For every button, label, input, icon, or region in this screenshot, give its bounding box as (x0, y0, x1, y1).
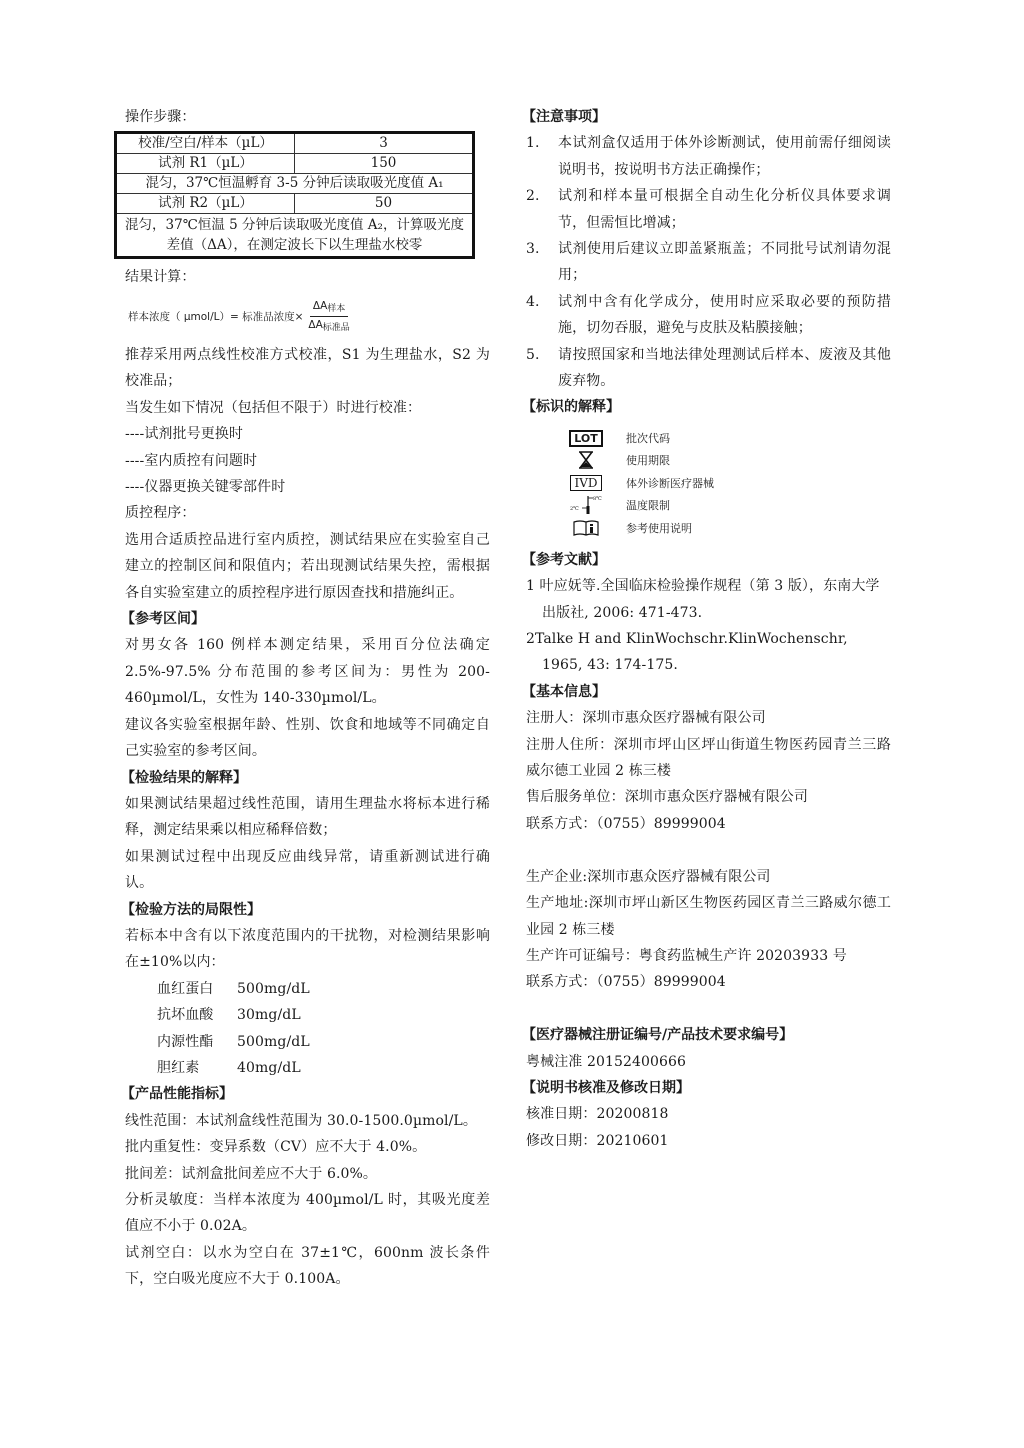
note-number: 1. (526, 130, 558, 183)
note-item: 1. 本试剂盒仅适用于体外诊断测试，使用前需仔细阅读说明书，按说明书方法正确操作… (526, 130, 891, 183)
lot-icon: LOT (566, 429, 606, 447)
table-cell-label: 校准/空白/样本（µL） (116, 133, 295, 154)
calibration-item: ----仪器更换关键零部件时 (125, 474, 490, 500)
svg-text:2℃: 2℃ (570, 506, 579, 512)
table-cell-label: 试剂 R1（µL） (116, 154, 295, 174)
formula-denominator: ΔA标准品 (305, 317, 352, 333)
right-column: 【注意事项】 1. 本试剂盒仅适用于体外诊断测试，使用前需仔细阅读说明书，按说明… (526, 104, 891, 1154)
revision-date: 修改日期：20210601 (526, 1128, 891, 1154)
symbol-label: 体外诊断医疗器械 (626, 475, 714, 491)
temperature-limit-icon: 8℃ 2℃ (566, 496, 606, 514)
note-number: 5. (526, 342, 558, 395)
registration-number: 粤械注准 20152400666 (526, 1049, 891, 1075)
interferent-row: 抗坏血酸 30mg/dL (125, 1002, 490, 1028)
calibration-item: ----室内质控有问题时 (125, 448, 490, 474)
interpretation-text: 如果测试结果超过线性范围，请用生理盐水将标本进行稀释，测定结果乘以相应稀释倍数； (125, 791, 490, 844)
calibration-item: ----试剂批号更换时 (125, 421, 490, 447)
note-item: 3. 试剂使用后建议立即盖紧瓶盖；不同批号试剂请勿混用； (526, 236, 891, 289)
symbol-row: 使用期限 (566, 449, 891, 471)
spacer (526, 837, 891, 863)
calc-title: 结果计算： (125, 264, 490, 290)
note-item: 4. 试剂中含有化学成分，使用时应采取必要的预防措施，切勿吞服，避免与皮肤及粘膜… (526, 289, 891, 342)
interferent-value: 30mg/dL (237, 1002, 301, 1028)
performance-item: 分析灵敏度：当样本浓度为 400µmol/L 时，其吸光度差值应不小于 0.02… (125, 1187, 490, 1240)
symbol-row: IVD 体外诊断医疗器械 (566, 472, 891, 494)
operation-steps-table: 校准/空白/样本（µL） 3 试剂 R1（µL） 150 混匀，37℃恒温孵育 … (114, 131, 475, 259)
calibration-conditions: 当发生如下情况（包括但不限于）时进行校准： (125, 395, 490, 421)
symbol-row: 8℃ 2℃ 温度限制 (566, 494, 891, 516)
table-cell-value: 50 (295, 194, 474, 214)
table-cell-label: 试剂 R2（µL） (116, 194, 295, 214)
note-text: 本试剂盒仅适用于体外诊断测试，使用前需仔细阅读说明书，按说明书方法正确操作； (558, 130, 891, 183)
limitations-text: 若标本中含有以下浓度范围内的干扰物，对检测结果影响在±10%以内： (125, 923, 490, 976)
interferent-value: 40mg/dL (237, 1055, 301, 1081)
qc-text: 选用合适质控品进行室内质控，测试结果应在实验室自己建立的控制区间和限值内；若出现… (125, 527, 490, 606)
references-heading: 【参考文献】 (522, 547, 891, 573)
performance-item: 批内重复性：变异系数（CV）应不大于 4.0%。 (125, 1134, 490, 1160)
symbol-label: 使用期限 (626, 452, 670, 468)
interferent-row: 内源性酯 500mg/dL (125, 1029, 490, 1055)
formula-lhs: 样本浓度（ µmol/L）= 标准品浓度× (128, 309, 303, 324)
symbol-label: 批次代码 (626, 430, 670, 446)
registration-heading: 【医疗器械注册证编号/产品技术要求编号】 (522, 1022, 891, 1048)
registrant: 注册人：深圳市惠众医疗器械有限公司 (526, 705, 891, 731)
symbol-label: 参考使用说明 (626, 520, 692, 536)
interpretation-heading: 【检验结果的解释】 (121, 765, 490, 791)
note-text: 请按照国家和当地法律处理测试后样本、废液及其他废弃物。 (558, 342, 891, 395)
left-column-text: 推荐采用两点线性校准方式校准，S1 为生理盐水，S2 为校准品； 当发生如下情况… (125, 342, 490, 1293)
symbol-row: LOT 批次代码 (566, 427, 891, 449)
note-text: 试剂使用后建议立即盖紧瓶盖；不同批号试剂请勿混用； (558, 236, 891, 289)
table-row: 混匀，37℃恒温 5 分钟后读取吸光度值 A₂，计算吸光度差值（ΔA），在测定波… (116, 214, 474, 258)
interferent-value: 500mg/dL (237, 1029, 310, 1055)
note-number: 2. (526, 183, 558, 236)
manufacturer: 生产企业:深圳市惠众医疗器械有限公司 (526, 864, 891, 890)
operation-title: 操作步骤： (125, 104, 490, 130)
left-column: 操作步骤： (125, 104, 490, 130)
table-cell-instruction: 混匀，37℃恒温 5 分钟后读取吸光度值 A₂，计算吸光度差值（ΔA），在测定波… (116, 214, 474, 258)
manufacturer-address: 生产地址:深圳市坪山新区生物医药园区青兰三路威尔德工业园 2 栋三楼 (526, 890, 891, 943)
table-cell-value: 150 (295, 154, 474, 174)
ivd-icon: IVD (566, 474, 606, 492)
performance-heading: 【产品性能指标】 (121, 1081, 490, 1107)
symbols-legend: LOT 批次代码 使用期限 IVD 体外诊断医疗器械 8℃ 2℃ (526, 427, 891, 539)
interferent-row: 胆红素 40mg/dL (125, 1055, 490, 1081)
production-license: 生产许可证编号：粤食药监械生产许 20203933 号 (526, 943, 891, 969)
notes-heading: 【注意事项】 (522, 104, 891, 130)
note-number: 4. (526, 289, 558, 342)
svg-text:8℃: 8℃ (593, 496, 602, 502)
dates-heading: 【说明书核准及修改日期】 (522, 1075, 891, 1101)
reference-item: 1 叶应妩等.全国临床检验操作规程（第 3 版），东南大学出版社, 2006: … (526, 573, 891, 626)
table-cell-value: 3 (295, 133, 474, 154)
registrant-address: 注册人住所：深圳市坪山区坪山街道生物医药园青兰三路威尔德工业园 2 栋三楼 (526, 732, 891, 785)
ref-range-advice: 建议各实验室根据年龄、性别、饮食和地域等不同确定自己实验室的参考区间。 (125, 712, 490, 765)
table-row: 试剂 R1（µL） 150 (116, 154, 474, 174)
note-item: 2. 试剂和样本量可根据全自动生化分析仪具体要求调节，但需恒比增减； (526, 183, 891, 236)
note-item: 5. 请按照国家和当地法律处理测试后样本、废液及其他废弃物。 (526, 342, 891, 395)
ref-range-heading: 【参考区间】 (121, 606, 490, 632)
interferent-name: 内源性酯 (157, 1029, 237, 1055)
table-row: 混匀，37℃恒温孵育 3-5 分钟后读取吸光度值 A₁ (116, 174, 474, 194)
interferent-row: 血红蛋白 500mg/dL (125, 976, 490, 1002)
performance-item: 线性范围：本试剂盒线性范围为 30.0-1500.0µmol/L。 (125, 1108, 490, 1134)
left-column-body: 结果计算： (125, 264, 490, 290)
contact-phone: 联系方式：（0755）89999004 (526, 969, 891, 995)
basic-info-heading: 【基本信息】 (522, 679, 891, 705)
qc-title: 质控程序： (125, 500, 490, 526)
concentration-formula: 样本浓度（ µmol/L）= 标准品浓度× ΔA样本 ΔA标准品 (128, 300, 353, 333)
interferent-name: 胆红素 (157, 1055, 237, 1081)
contact-phone: 联系方式：（0755）89999004 (526, 811, 891, 837)
approval-date: 核准日期：20200818 (526, 1101, 891, 1127)
symbol-label: 温度限制 (626, 497, 670, 513)
interferent-name: 血红蛋白 (157, 976, 237, 1002)
performance-item: 试剂空白：以水为空白在 37±1℃，600nm 波长条件下，空白吸光度应不大于 … (125, 1240, 490, 1293)
note-text: 试剂中含有化学成分，使用时应采取必要的预防措施，切勿吞服，避免与皮肤及粘膜接触； (558, 289, 891, 342)
ref-range-text: 对男女各 160 例样本测定结果，采用百分位法确定 2.5%-97.5% 分布范… (125, 632, 490, 711)
note-number: 3. (526, 236, 558, 289)
table-row: 试剂 R2（µL） 50 (116, 194, 474, 214)
table-cell-instruction: 混匀，37℃恒温孵育 3-5 分钟后读取吸光度值 A₁ (116, 174, 474, 194)
consult-instructions-icon (566, 519, 606, 537)
hourglass-icon (566, 451, 606, 469)
interferent-value: 500mg/dL (237, 976, 310, 1002)
limitations-heading: 【检验方法的局限性】 (121, 897, 490, 923)
table-row: 校准/空白/样本（µL） 3 (116, 133, 474, 154)
calibration-text: 推荐采用两点线性校准方式校准，S1 为生理盐水，S2 为校准品； (125, 342, 490, 395)
note-text: 试剂和样本量可根据全自动生化分析仪具体要求调节，但需恒比增减； (558, 183, 891, 236)
reference-item: 2Talke H and KlinWochschr.KlinWochenschr… (526, 626, 891, 679)
formula-fraction: ΔA样本 ΔA标准品 (305, 300, 352, 333)
interferent-name: 抗坏血酸 (157, 1002, 237, 1028)
after-sales-unit: 售后服务单位：深圳市惠众医疗器械有限公司 (526, 784, 891, 810)
symbol-row: 参考使用说明 (566, 516, 891, 538)
performance-item: 批间差：试剂盒批间差应不大于 6.0%。 (125, 1161, 490, 1187)
spacer (526, 996, 891, 1022)
interpretation-text: 如果测试过程中出现反应曲线异常，请重新测试进行确认。 (125, 844, 490, 897)
formula-numerator: ΔA样本 (310, 300, 348, 317)
symbols-heading: 【标识的解释】 (522, 394, 891, 420)
